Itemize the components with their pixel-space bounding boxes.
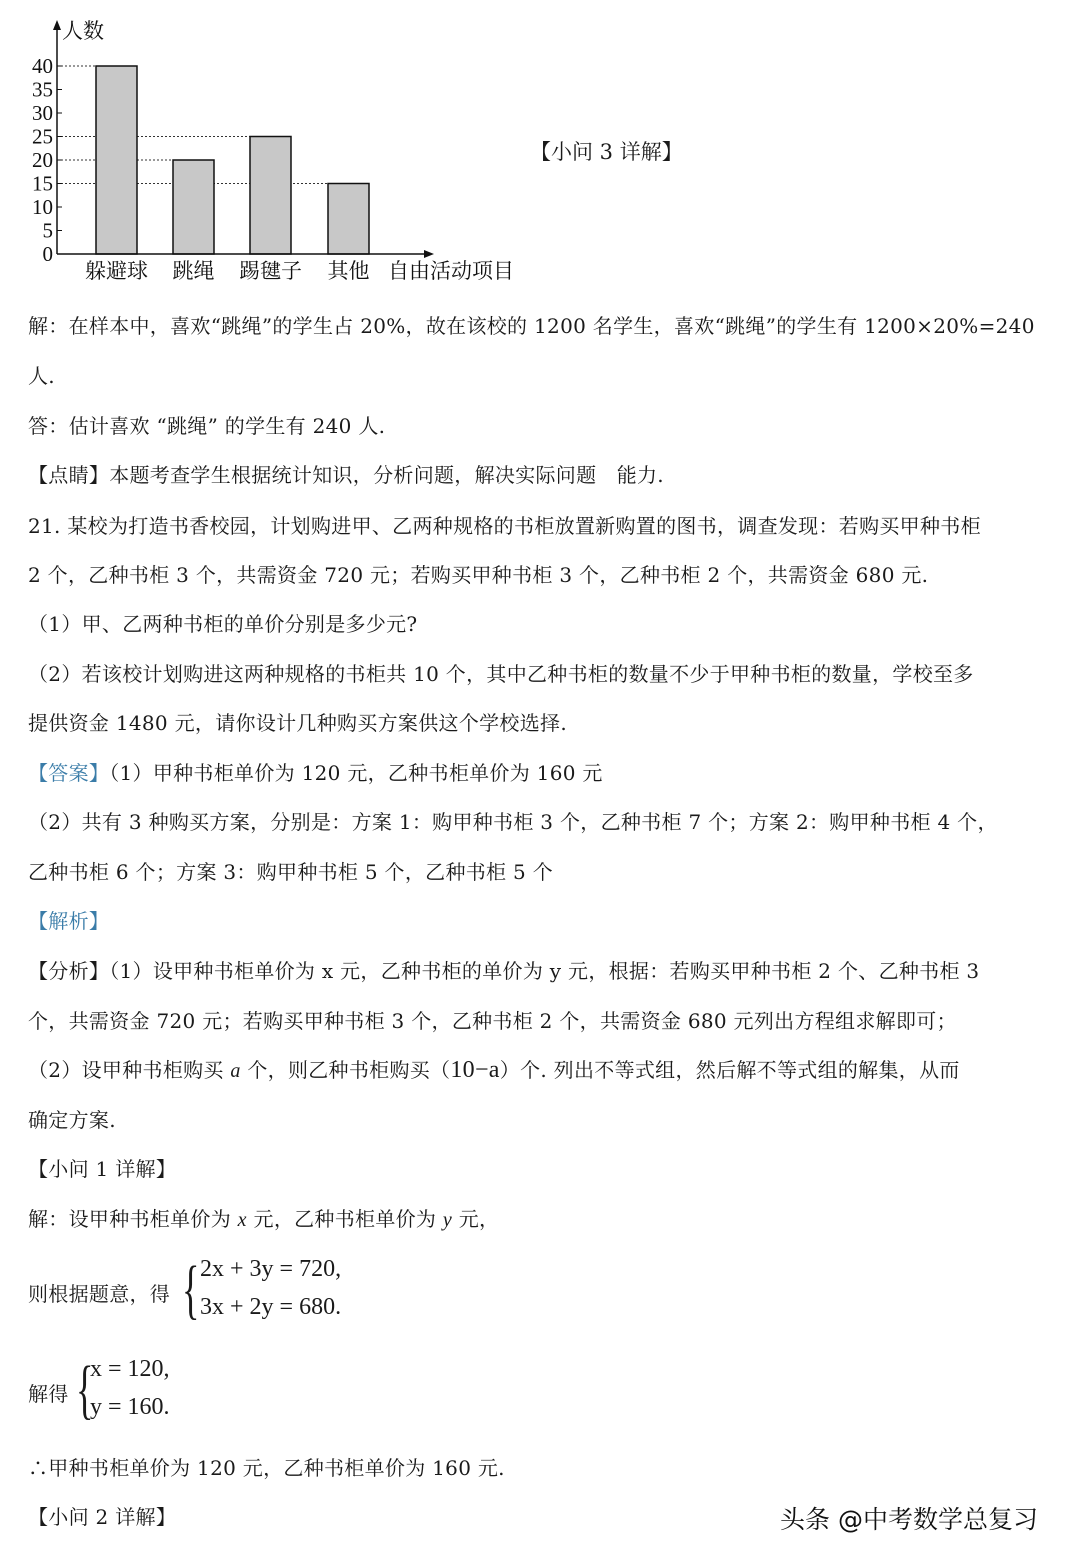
svg-text:30: 30 (32, 101, 53, 125)
svg-text:人数: 人数 (62, 19, 104, 43)
solution-x: x = 120, (90, 1356, 170, 1383)
sol1-mid: 元，乙种书柜单价为 (247, 1207, 443, 1231)
q21-part1: （1）甲、乙两种书柜的单价分别是多少元? (28, 608, 417, 637)
fenxi-tag: 【分析】 (28, 959, 109, 983)
fenxi-line3: （2）设甲种书柜购买 a 个，则乙种书柜购买（10−a）个. 列出不等式组，然后… (28, 1054, 960, 1084)
watermark: 头条 @中考数学总复习 (780, 1500, 1038, 1536)
q21-part2-line2: 提供资金 1480 元，请你设计几种购买方案供这个学校选择. (28, 707, 567, 736)
svg-text:5: 5 (43, 219, 54, 243)
svg-text:跳绳: 跳绳 (173, 259, 215, 283)
svg-text:15: 15 (32, 172, 53, 196)
answer-tag: 【答案】 (28, 761, 109, 785)
answer1-text: （1）甲种书柜单价为 120 元，乙种书柜单价为 160 元 (109, 761, 603, 785)
solved-intro: 解得 (28, 1378, 69, 1407)
bar-3 (328, 184, 369, 255)
expr-10-minus-a: 10−a (450, 1057, 499, 1083)
q21-part2-line1: （2）若该校计划购进这两种规格的书柜共 10 个，其中乙种书柜的数量不少于甲种书… (28, 658, 974, 687)
sol1-post: 元， (452, 1207, 499, 1231)
analysis-tag: 【解析】 (28, 905, 109, 934)
var-x: x (238, 1209, 247, 1231)
fenxi2-pre: （2）设甲种书柜购买 (28, 1058, 230, 1082)
sol1-pre: 解：设甲种书柜单价为 (28, 1207, 238, 1231)
svg-text:自由活动项目: 自由活动项目 (388, 259, 514, 283)
sol1-line: 解：设甲种书柜单价为 x 元，乙种书柜单价为 y 元， (28, 1203, 499, 1232)
svg-text:10: 10 (32, 195, 53, 219)
svg-text:0: 0 (43, 242, 54, 266)
svg-text:踢毽子: 踢毽子 (239, 259, 302, 283)
svg-text:40: 40 (32, 54, 53, 78)
svg-text:其他: 其他 (328, 259, 370, 283)
solution-y: y = 160. (90, 1394, 170, 1421)
equation-2: 3x + 2y = 680. (200, 1294, 341, 1321)
bar-chart: 躲避球跳绳踢毽子其他0510152025303540人数自由活动项目 (0, 0, 540, 300)
q20-solution-line2: 人. (28, 360, 55, 389)
var-y: y (443, 1209, 452, 1231)
svg-text:躲避球: 躲避球 (85, 259, 148, 283)
conclusion: ∴甲种书柜单价为 120 元，乙种书柜单价为 160 元. (28, 1452, 505, 1481)
fenxi2-post: ）个. 列出不等式组，然后解不等式组的解集，从而 (500, 1058, 960, 1082)
q21-answer2-line1: （2）共有 3 种购买方案，分别是：方案 1：购甲种书柜 3 个，乙种书柜 7 … (28, 806, 998, 835)
svg-text:35: 35 (32, 78, 53, 102)
sub3-detail-label: 【小问 3 详解】 (530, 136, 683, 166)
var-a: a (230, 1060, 240, 1082)
fenxi2-mid: 个，则乙种书柜购买（ (241, 1058, 451, 1082)
bar-1 (173, 160, 214, 254)
q21-answer1: 【答案】（1）甲种书柜单价为 120 元，乙种书柜单价为 160 元 (28, 757, 603, 786)
sub2-detail-label: 【小问 2 详解】 (28, 1501, 176, 1530)
comment-tag: 【点睛】 (28, 463, 109, 487)
fenxi-line2: 个，共需资金 720 元；若购买甲种书柜 3 个，乙种书柜 2 个，共需资金 6… (28, 1005, 957, 1034)
q21-answer2-line2: 乙种书柜 6 个；方案 3：购甲种书柜 5 个，乙种书柜 5 个 (28, 856, 553, 885)
bar-2 (250, 137, 291, 255)
equation-1: 2x + 3y = 720, (200, 1256, 341, 1283)
sub1-detail-label: 【小问 1 详解】 (28, 1153, 176, 1182)
q20-solution-line1: 解：在样本中，喜欢“跳绳”的学生占 20%，故在该校的 1200 名学生，喜欢“… (28, 310, 1035, 339)
q20-answer: 答：估计喜欢 “跳绳” 的学生有 240 人. (28, 410, 385, 439)
q21-stem-line2: 2 个，乙种书柜 3 个，共需资金 720 元；若购买甲种书柜 3 个，乙种书柜… (28, 559, 928, 588)
svg-text:20: 20 (32, 148, 53, 172)
q21-stem-line1: 21. 某校为打造书香校园，计划购进甲、乙两种规格的书柜放置新购置的图书，调查发… (28, 510, 981, 539)
fenxi1-text: （1）设甲种书柜单价为 x 元，乙种书柜的单价为 y 元，根据：若购买甲种书柜 … (109, 959, 979, 983)
comment-text: 本题考查学生根据统计知识，分析问题，解决实际问题 能力. (109, 463, 664, 487)
bar-0 (96, 66, 137, 254)
q20-comment: 【点睛】本题考查学生根据统计知识，分析问题，解决实际问题 能力. (28, 459, 664, 488)
fenxi-line1: 【分析】（1）设甲种书柜单价为 x 元，乙种书柜的单价为 y 元，根据：若购买甲… (28, 955, 979, 984)
svg-text:25: 25 (32, 125, 53, 149)
eq-intro: 则根据题意，得 (28, 1278, 170, 1307)
left-brace-icon: { (182, 1252, 199, 1328)
fenxi-line4: 确定方案. (28, 1104, 116, 1133)
